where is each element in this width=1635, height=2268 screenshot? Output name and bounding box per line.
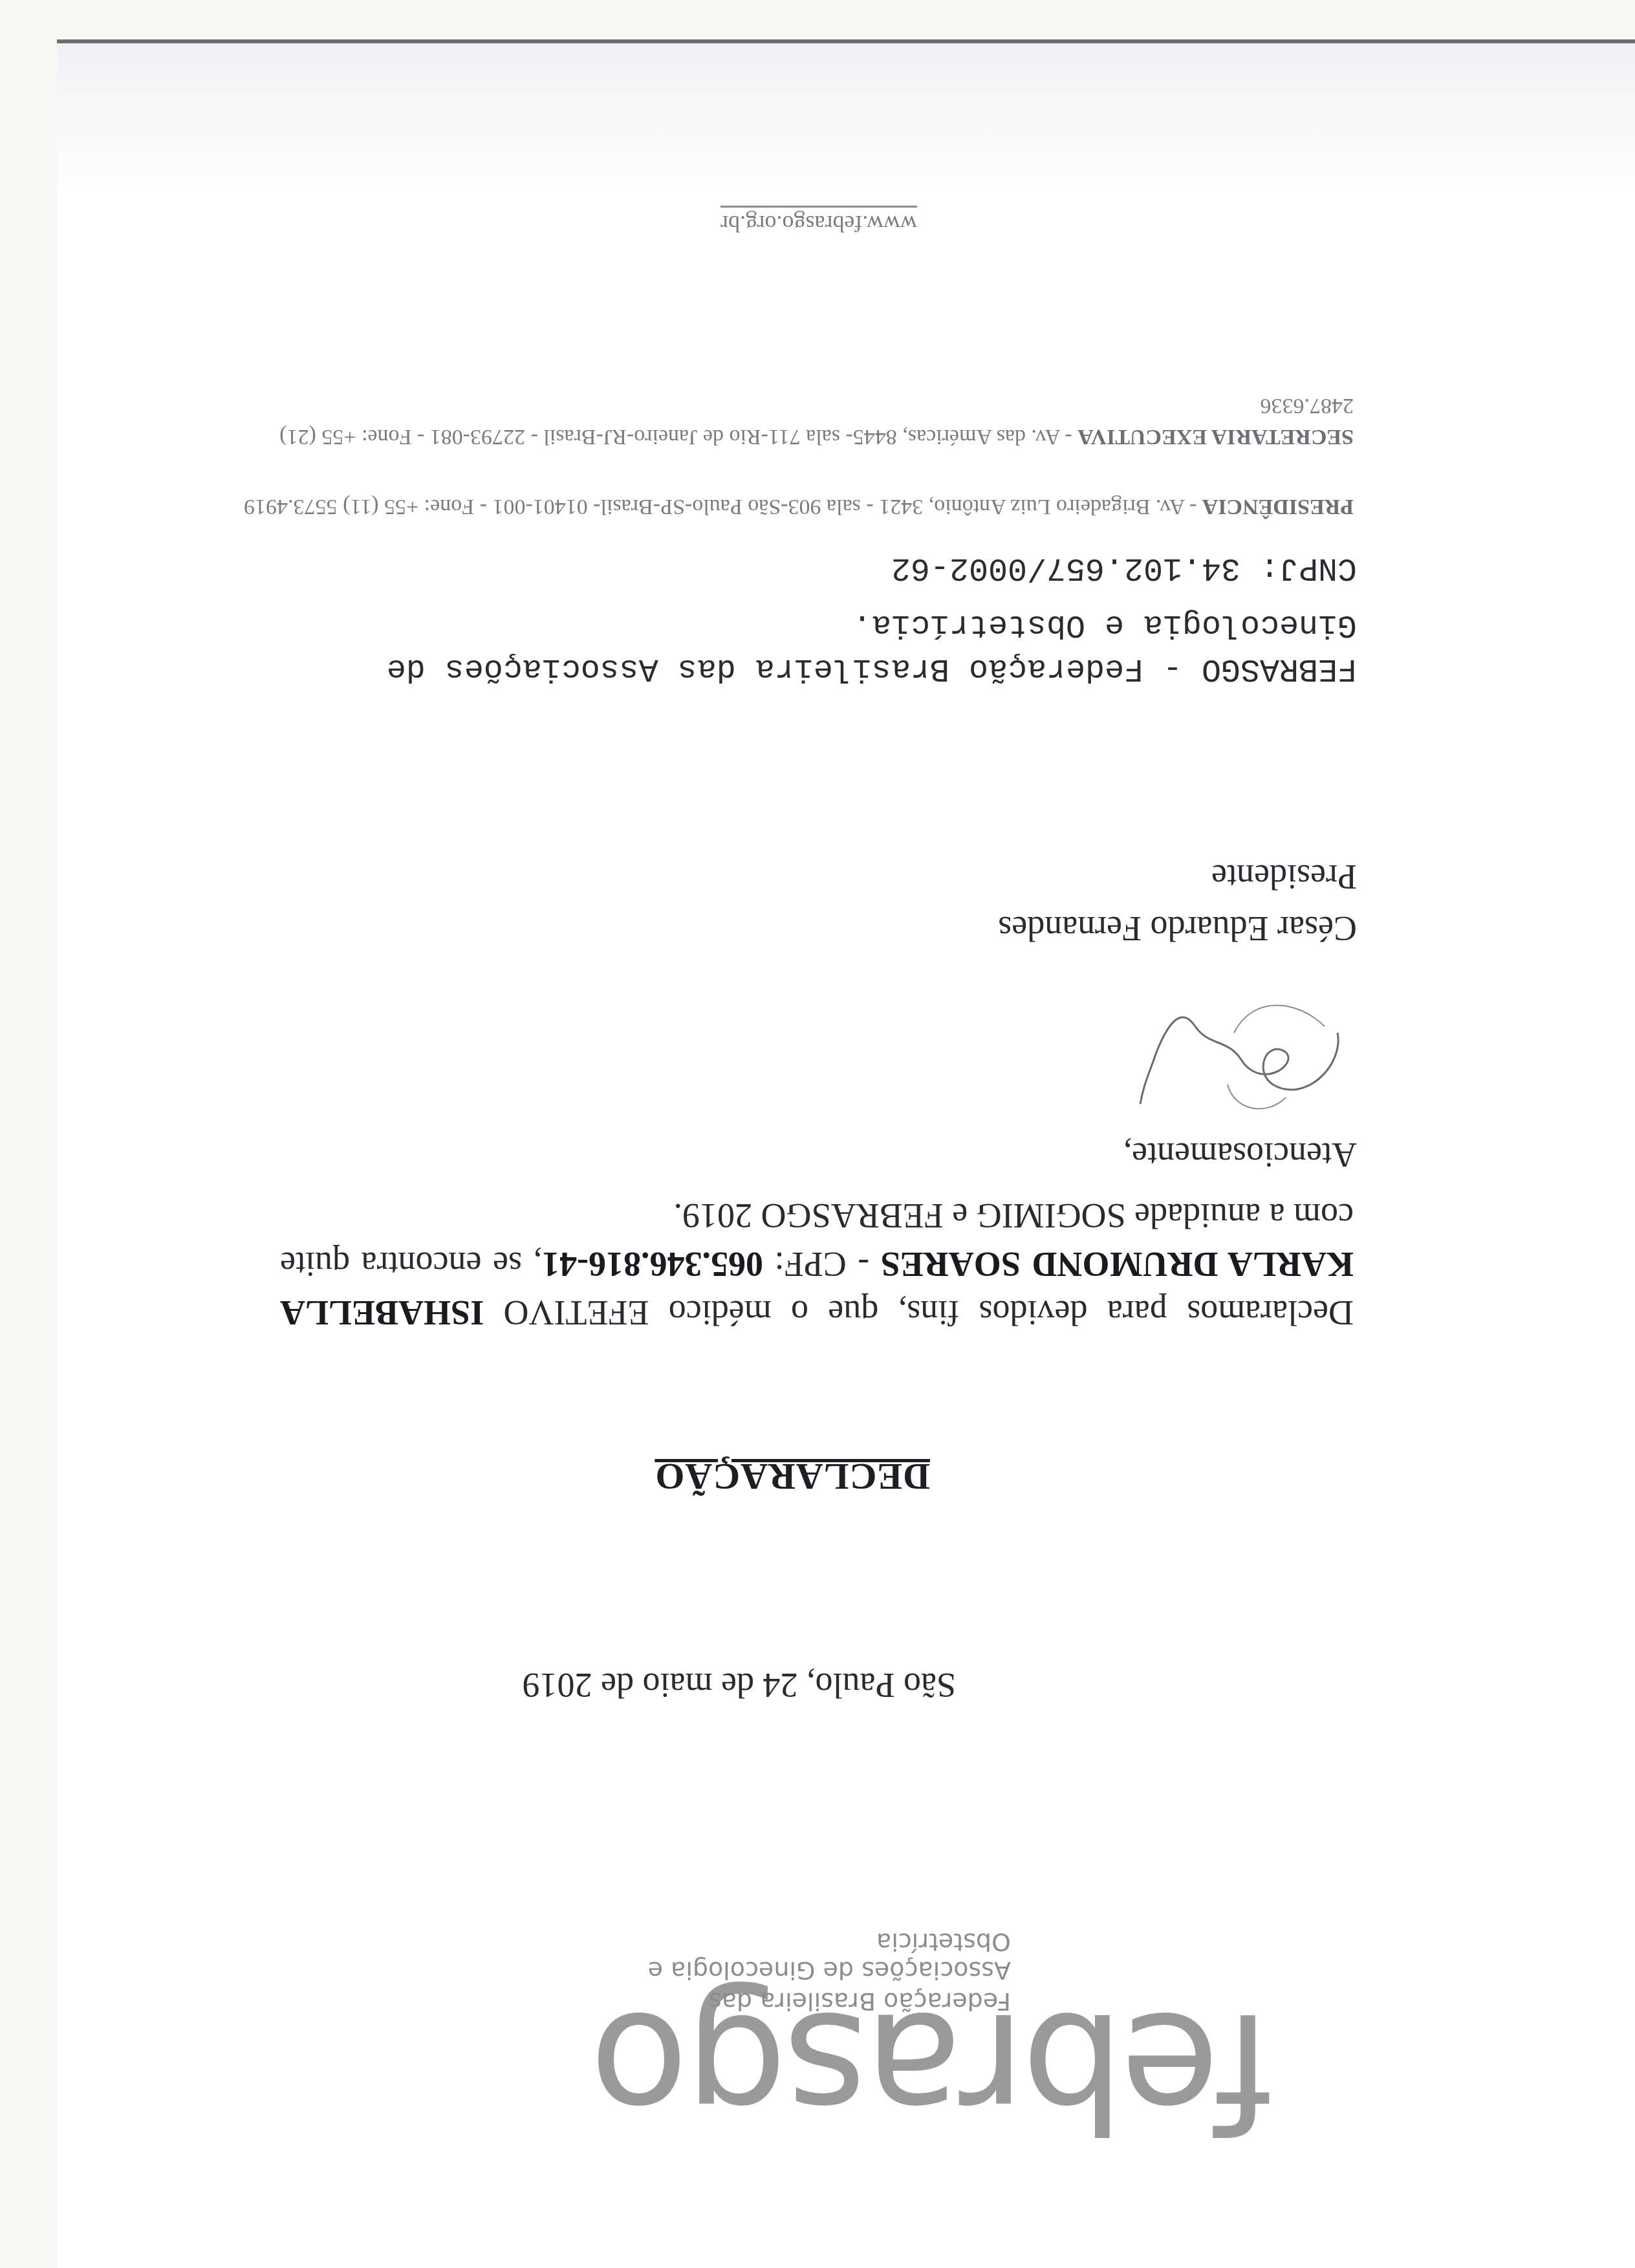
scanned-document-rotated: febrasgo Federação Brasileira das Associ… (0, 0, 1635, 2268)
presidencia-address: - Av. Brigadeiro Luiz Antônio, 3421 - sa… (244, 495, 1202, 519)
footer-addresses: PRESIDÊNCIA - Av. Brigadeiro Luiz Antôni… (222, 351, 1354, 522)
logo-tagline-1: Federação Brasileira das (709, 1987, 1011, 2016)
presidencia-label: PRESIDÊNCIA (1202, 495, 1354, 519)
signature-icon (1131, 988, 1363, 1130)
cpf-label: - CPF: (763, 1245, 881, 1284)
date-line: São Paulo, 24 de maio de 2019 (523, 1665, 956, 1705)
signer-name: César Eduardo Fernandes (998, 909, 1357, 949)
website-link: www.febrasgo.org.br (720, 206, 917, 237)
body-intro: Declaramos para devidos fins, que o médi… (484, 1293, 1354, 1332)
organization-cnpj: CNPJ: 34.102.657/0002-62 (257, 545, 1357, 589)
febrasgo-logo: febrasgo Federação Brasileira das Associ… (626, 1932, 1273, 2158)
signer-role: Presidente (1211, 857, 1357, 897)
paper-sheet: febrasgo Federação Brasileira das Associ… (57, 39, 1635, 2268)
cpf-number: 065.346.816-41 (542, 1245, 763, 1284)
organization-info: FEBRASGO - Federação Brasileira das Asso… (257, 545, 1357, 690)
organization-name: FEBRASGO - Federação Brasileira das Asso… (257, 602, 1357, 690)
footer-secretaria: SECRETARIA EXECUTIVA - Av. das Américas,… (222, 390, 1354, 452)
footer-presidencia: PRESIDÊNCIA - Av. Brigadeiro Luiz Antôni… (222, 491, 1354, 522)
paper-shadow (57, 43, 1635, 199)
declaration-body: Declaramos para devidos fins, que o médi… (280, 1191, 1354, 1337)
document-title: DECLARAÇÃO (655, 1455, 930, 1498)
closing-salutation: Atenciosamente, (1123, 1135, 1357, 1175)
secretaria-label: SECRETARIA EXECUTIVA (1077, 425, 1354, 449)
logo-tagline-2: Associações de Ginecologia e Obstetrícia (626, 1928, 1011, 1985)
